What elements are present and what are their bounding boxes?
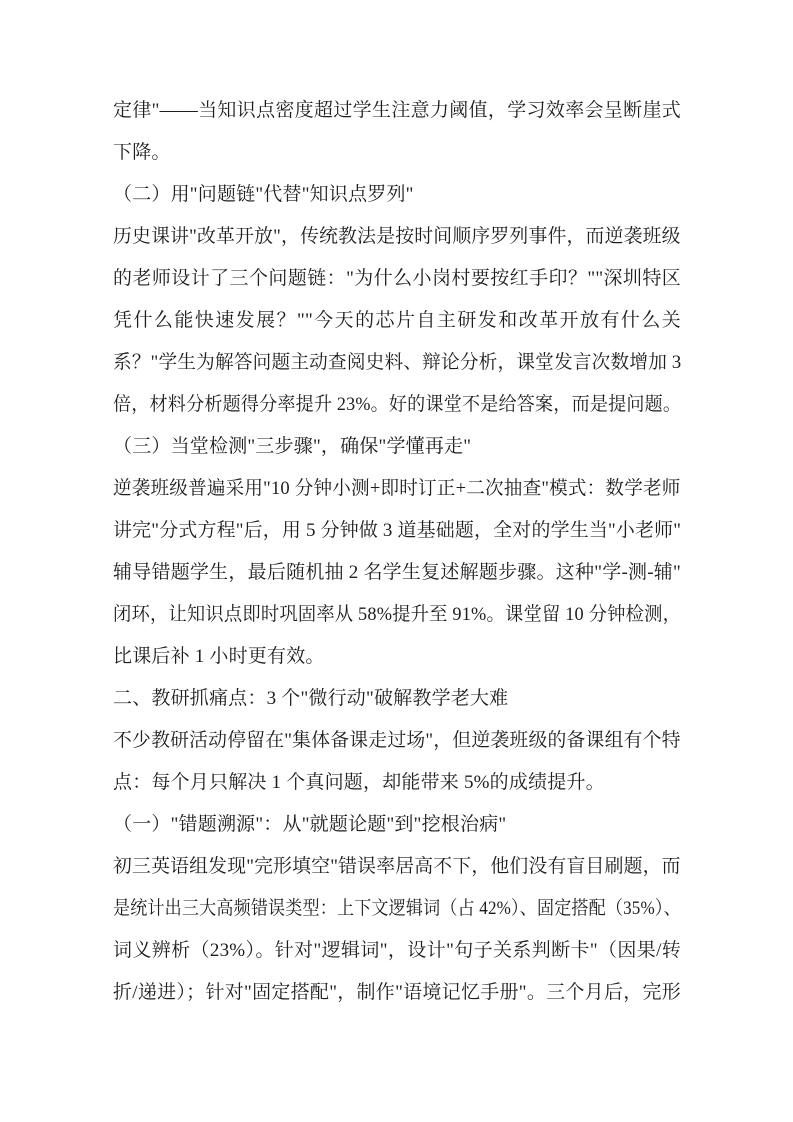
document-page: 定律"——当知识点密度超过学生注意力阈值，学习效率会呈断崖式下降。（二）用"问题… — [0, 0, 793, 1122]
text-line: 二、教研抓痛点：3 个"微行动"破解教学老大难 — [113, 678, 681, 720]
document-lines: 定律"——当知识点密度超过学生注意力阈值，学习效率会呈断崖式下降。（二）用"问题… — [113, 90, 681, 1014]
text-line: （二）用"问题链"代替"知识点罗列" — [113, 174, 681, 216]
text-line: 凭什么能快速发展？""今天的芯片自主研发和改革开放有什么关 — [113, 300, 681, 342]
text-line: 系？"学生为解答问题主动查阅史料、辩论分析，课堂发言次数增加 3 — [113, 342, 670, 384]
text-line: 历史课讲"改革开放"，传统教法是按时间顺序罗列事件，而逆袭班级 — [113, 216, 676, 258]
text-line: （三）当堂检测"三步骤"，确保"学懂再走" — [113, 426, 681, 468]
text-line: 的老师设计了三个问题链："为什么小岗村要按红手印？""深圳特区 — [113, 258, 681, 300]
text-line: 讲完"分式方程"后，用 5 分钟做 3 道基础题，全对的学生当"小老师" — [113, 510, 679, 552]
text-line: 比课后补 1 小时更有效。 — [113, 636, 681, 678]
text-line: 折/递进）；针对"固定搭配"，制作"语境记忆手册"。三个月后，完形 — [113, 972, 681, 1014]
text-line: 辅导错题学生，最后随机抽 2 名学生复述解题步骤。这种"学-测-辅" — [113, 552, 681, 594]
text-line: 倍，材料分析题得分率提升 23%。好的课堂不是给答案，而是提问题。 — [113, 384, 653, 426]
text-line: 定律"——当知识点密度超过学生注意力阈值，学习效率会呈断崖式 — [113, 90, 681, 132]
text-line: 逆袭班级普遍采用"10 分钟小测+即时订正+二次抽查"模式：数学老师 — [113, 468, 668, 510]
text-line: 点：每个月只解决 1 个真问题，却能带来 5%的成绩提升。 — [113, 762, 681, 804]
text-line: 闭环，让知识点即时巩固率从 58%提升至 91%。课堂留 10 分钟检测， — [113, 594, 660, 636]
text-line: 下降。 — [113, 132, 681, 174]
text-line: 不少教研活动停留在"集体备课走过场"，但逆袭班级的备课组有个特 — [113, 720, 676, 762]
text-line: 初三英语组发现"完形填空"错误率居高不下，他们没有盲目刷题，而 — [113, 846, 676, 888]
document-body: 定律"——当知识点密度超过学生注意力阈值，学习效率会呈断崖式下降。（二）用"问题… — [113, 90, 681, 1014]
text-line: （一）"错题溯源"：从"就题论题"到"挖根治病" — [113, 804, 681, 846]
text-line: 是统计出三大高频错误类型：上下文逻辑词（占 42%）、固定搭配（35%）、 — [113, 888, 623, 930]
text-line: 词义辨析（23%）。针对"逻辑词"，设计"句子关系判断卡"（因果/转 — [113, 930, 681, 972]
